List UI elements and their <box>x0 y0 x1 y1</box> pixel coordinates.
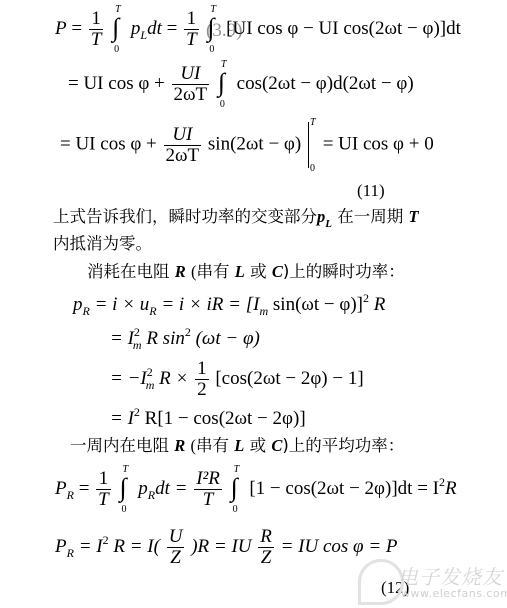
equation-pr-1: pR = i × uR = i × iR = [Im sin(ωt − φ)]2… <box>73 292 385 317</box>
equation-average-power-1: P = 1T ∫T0 pLdt = 1T ∫T0 [UI cos φ − UI … <box>55 9 461 50</box>
fraction: 12 <box>195 359 209 400</box>
fraction: I²RT <box>194 469 222 510</box>
fraction: 1T <box>89 9 104 50</box>
equation-avg-1: PR = 1T ∫T0 pRdt = I²RT ∫T0 [1 − cos(2ωt… <box>55 469 457 510</box>
watermark: 电子发烧友 www.elecfans.com <box>358 557 507 605</box>
evaluation-bar: T0 <box>306 122 318 168</box>
equation-average-power-2: = UI cos φ + UI2ωT ∫T0 cos(2ωt − φ)d(2ωt… <box>68 64 414 105</box>
equation-pr-4: = I2 R[1 − cos(2ωt − 2φ)] <box>110 406 306 428</box>
paragraph-alternating-part-line2: 内抵消为零。 <box>53 236 152 253</box>
fraction: RZ <box>258 527 274 568</box>
equation-pr-2: = I2m R sin2 (ωt − φ) <box>110 326 260 351</box>
overlay-label: (3.9) <box>206 20 242 42</box>
integral-icon: ∫T0 <box>231 469 243 509</box>
integral-icon: ∫T0 <box>120 469 132 509</box>
integral-icon: ∫T0 <box>112 9 124 49</box>
symbol-p: P <box>55 18 67 39</box>
equation-pr-3: = −I2m R × 12 [cos(2ωt − 2φ) − 1] <box>110 359 364 400</box>
fraction: 1T <box>184 9 199 50</box>
watermark-title: 电子发烧友 <box>398 561 503 590</box>
fraction: 1T <box>96 469 111 510</box>
paragraph-instant-power-heading: 消耗在电阻 R (串有 L 或 C)上的瞬时功率： <box>87 264 405 281</box>
fraction: UZ <box>167 527 185 568</box>
integral-icon: ∫T0 <box>218 64 230 104</box>
paragraph-average-power-heading: 一周内在电阻 R (串有 L 或 C)上的平均功率： <box>70 438 404 455</box>
paragraph-alternating-part: 上式告诉我们，瞬时功率的交变部分pL 在一周期 T <box>53 209 419 230</box>
fraction: UI2ωT <box>172 64 210 105</box>
integrand-expression: [UI cos φ − UI cos(2ωt − φ)]dt <box>226 18 461 39</box>
fraction: UI2ωT <box>164 125 202 166</box>
watermark-url: www.elecfans.com <box>401 587 507 600</box>
equation-average-power-3: = UI cos φ + UI2ωT sin(2ωt − φ) T0 = UI … <box>60 122 434 168</box>
equation-avg-2: PR = I2 R = I( UZ )R = IU RZ = IU cos φ … <box>55 527 398 568</box>
equation-number-11: (11) <box>357 181 385 201</box>
